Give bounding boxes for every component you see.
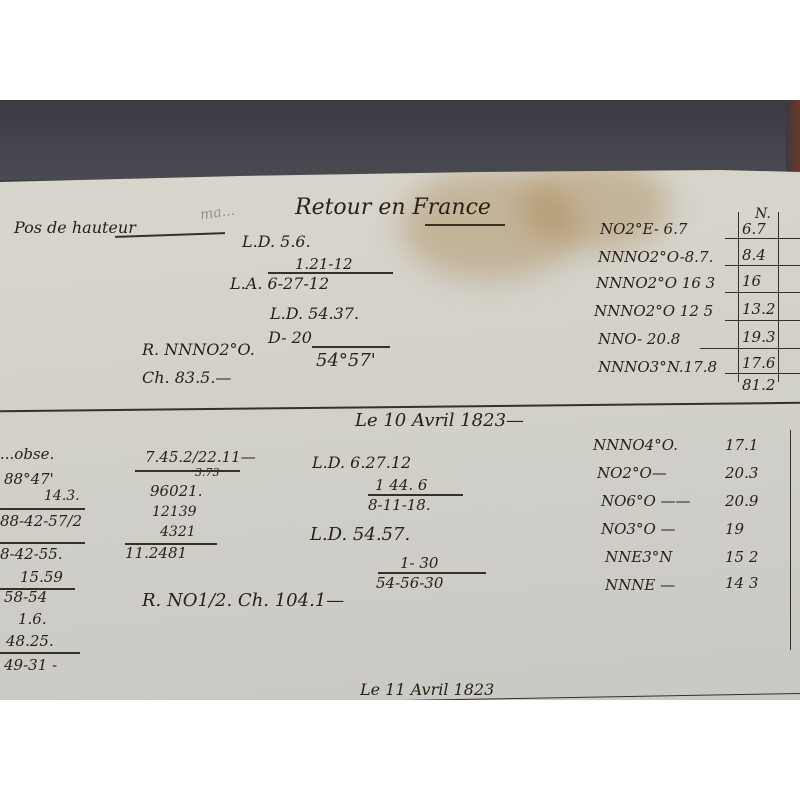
table1-course: NNNO3°N.17.8 xyxy=(598,358,717,376)
ld1: L.D. 5.6. xyxy=(242,232,311,251)
paper-sheet: Pos de hauteur ma... Retour en France L.… xyxy=(0,170,800,700)
table2-value: 17.1 xyxy=(725,436,758,454)
ch-1: Ch. 83.5.— xyxy=(142,368,231,387)
la: L.A. 6-27-12 xyxy=(230,274,329,293)
add1: 1.21-12 xyxy=(295,255,353,273)
mid-calc-line: 96021. xyxy=(150,482,203,500)
table2-value: 19 xyxy=(725,520,744,538)
table2-value: 14 3 xyxy=(725,574,758,592)
date-10-april: Le 10 Avril 1823— xyxy=(355,410,524,431)
obs-line: 14.3. xyxy=(44,488,80,504)
route-2: R. NO1/2. Ch. 104.1— xyxy=(142,590,344,611)
table1-course: NNNO2°O-8.7. xyxy=(598,248,713,266)
table1-total: 81.2 xyxy=(742,376,775,394)
table1-course: NNNO2°O 12 5 xyxy=(594,302,713,320)
table2-border xyxy=(790,430,791,650)
table2-course: NNNO4°O. xyxy=(593,436,678,454)
obs-label: ...obse. xyxy=(0,445,54,463)
sum-rule xyxy=(0,652,80,654)
sum-rule xyxy=(0,542,85,544)
diff: D- 20 xyxy=(268,328,312,347)
obs-line: 1.6. xyxy=(18,610,47,628)
row-rule xyxy=(725,320,800,321)
page-title: Retour en France xyxy=(295,195,491,220)
table2-value: 15 2 xyxy=(725,548,758,566)
table1-value: 16 xyxy=(742,272,761,290)
obs-line: 49-31 - xyxy=(4,656,57,674)
mid-calc-top: 7.45.2/22.11— xyxy=(145,448,256,466)
row-rule xyxy=(725,265,800,266)
date-11-april: Le 11 Avril 1823 xyxy=(360,680,494,699)
ld-calc-line: 1 44. 6 xyxy=(375,476,427,494)
title-underline xyxy=(425,224,505,226)
table1-course: NNO- 20.8 xyxy=(598,330,680,348)
mid-calc-line: 4321 xyxy=(160,524,196,540)
row-rule xyxy=(725,373,800,374)
table2-course: NNE3°N xyxy=(605,548,672,566)
ld-calc-line: 1- 30 xyxy=(400,554,438,572)
row-rule xyxy=(725,238,800,239)
table1-value: 13.2 xyxy=(742,300,775,318)
mid-calc-sub: 3.73 xyxy=(195,466,220,479)
row-rule xyxy=(725,292,800,293)
mid-calc-line: 12139 xyxy=(152,504,197,520)
sum-rule xyxy=(0,508,85,510)
result: 54°57' xyxy=(316,350,376,371)
obs-line: 48.25. xyxy=(6,632,54,650)
sum-rule xyxy=(135,470,240,472)
ld-calc-line: L.D. 54.57. xyxy=(310,524,410,545)
ld-calc-line: 54-56-30 xyxy=(376,574,443,592)
table1-course: NO2°E- 6.7 xyxy=(600,220,687,238)
row-rule xyxy=(700,348,800,349)
faint-note: ma... xyxy=(199,203,236,224)
document-photo: Pos de hauteur ma... Retour en France L.… xyxy=(0,100,800,700)
header-left-note: Pos de hauteur xyxy=(14,218,136,237)
table2-course: NO2°O— xyxy=(597,464,667,482)
table2-value: 20.3 xyxy=(725,464,758,482)
ld-calc-line: 8-11-18. xyxy=(368,496,431,514)
table2-course: NO6°O —— xyxy=(601,492,691,510)
obs-line: 8-42-55. xyxy=(0,545,63,563)
table1-course: NNNO2°O 16 3 xyxy=(596,274,715,292)
table1-value: 17.6 xyxy=(742,354,775,372)
mid-calc-sum: 11.2481 xyxy=(125,544,187,562)
obs-line: 88-42-57/2 xyxy=(0,512,82,530)
table2-value: 20.9 xyxy=(725,492,758,510)
obs-line: 58-54 xyxy=(4,588,47,606)
table2-course: NO3°O — xyxy=(601,520,676,538)
obs-line: 88°47' xyxy=(4,470,54,488)
table2-course: NNNE — xyxy=(605,576,675,594)
sum-rule xyxy=(312,346,390,348)
route-1: R. NNNO2°O. xyxy=(142,340,255,359)
ld2: L.D. 54.37. xyxy=(270,304,359,323)
ld-calc-line: L.D. 6.27.12 xyxy=(312,453,411,472)
dark-backing-board xyxy=(0,100,800,180)
obs-line: 15.59 xyxy=(20,568,63,586)
table1-value: 8.4 xyxy=(742,246,766,264)
table1-value: 19.3 xyxy=(742,328,775,346)
table1-value: 6.7 xyxy=(742,220,766,238)
